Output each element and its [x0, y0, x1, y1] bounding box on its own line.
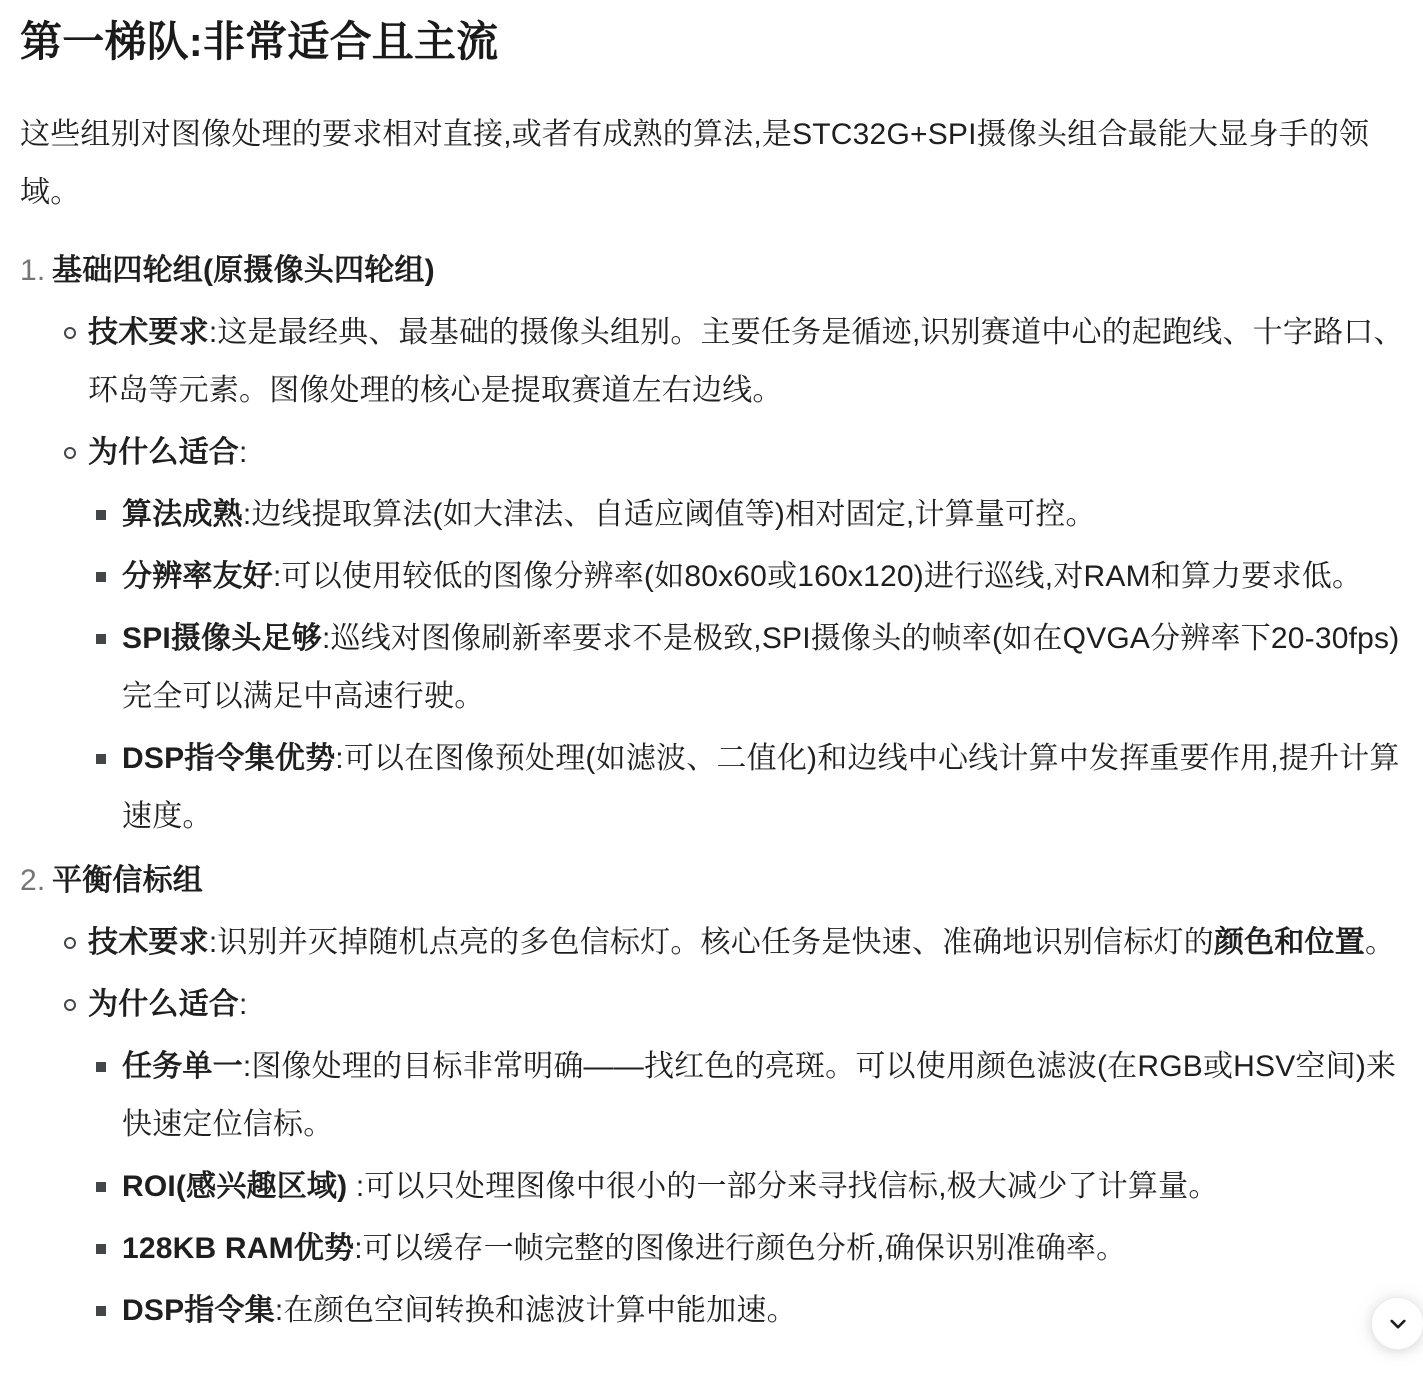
section-heading: 第一梯队:非常适合且主流	[20, 14, 1405, 70]
point-item: 128KB RAM优势:可以缓存一帧完整的图像进行颜色分析,确保识别准确率。	[88, 1220, 1405, 1278]
list-item-body: 平衡信标组 技术要求:识别并灭掉随机点亮的多色信标灯。核心任务是快速、准确地识别…	[52, 852, 1405, 1340]
term-label: 技术要求	[88, 926, 209, 959]
term-label: DSP指令集	[122, 1294, 275, 1327]
square-bullet-icon	[96, 1062, 106, 1072]
square-bullet-icon	[96, 754, 106, 764]
point-item: 任务单一:图像处理的目标非常明确——找红色的亮斑。可以使用颜色滤波(在RGB或H…	[88, 1038, 1405, 1154]
point-item: 分辨率友好:可以使用较低的图像分辨率(如80x60或160x120)进行巡线,对…	[88, 548, 1405, 606]
term-text: 。	[1365, 926, 1395, 959]
term-label: DSP指令集优势	[122, 742, 335, 775]
sub-item: 技术要求:这是最经典、最基础的摄像头组别。主要任务是循迹,识别赛道中心的起跑线、…	[52, 304, 1405, 420]
term-text: :图像处理的目标非常明确——找红色的亮斑。可以使用颜色滤波(在RGB或HSV空间…	[122, 1050, 1396, 1141]
term-text: :在颜色空间转换和滤波计算中能加速。	[275, 1294, 797, 1327]
square-bullet-icon	[96, 1182, 106, 1192]
term-label: 为什么适合	[88, 436, 239, 469]
list-item-title: 平衡信标组	[52, 852, 1405, 910]
term-text: :可以只处理图像中很小的一部分来寻找信标,极大减少了计算量。	[347, 1170, 1218, 1203]
point-list: 任务单一:图像处理的目标非常明确——找红色的亮斑。可以使用颜色滤波(在RGB或H…	[88, 1038, 1405, 1340]
circle-bullet-icon	[64, 327, 76, 339]
term-label: ROI(感兴趣区域)	[122, 1170, 347, 1203]
square-bullet-icon	[96, 634, 106, 644]
point-item: 算法成熟:边线提取算法(如大津法、自适应阈值等)相对固定,计算量可控。	[88, 486, 1405, 544]
list-item: 1. 基础四轮组(原摄像头四轮组) 技术要求:这是最经典、最基础的摄像头组别。主…	[20, 242, 1405, 846]
list-number: 2.	[20, 852, 52, 910]
sub-item: 为什么适合: 任务单一:图像处理的目标非常明确——找红色的亮斑。可以使用颜色滤波…	[52, 976, 1405, 1340]
square-bullet-icon	[96, 1306, 106, 1316]
sub-item: 为什么适合: 算法成熟:边线提取算法(如大津法、自适应阈值等)相对固定,计算量可…	[52, 424, 1405, 846]
term-label: 128KB RAM优势	[122, 1232, 354, 1265]
circle-bullet-icon	[64, 447, 76, 459]
point-list: 算法成熟:边线提取算法(如大津法、自适应阈值等)相对固定,计算量可控。 分辨率友…	[88, 486, 1405, 846]
tier-list: 1. 基础四轮组(原摄像头四轮组) 技术要求:这是最经典、最基础的摄像头组别。主…	[20, 242, 1405, 1340]
point-item: ROI(感兴趣区域) :可以只处理图像中很小的一部分来寻找信标,极大减少了计算量…	[88, 1158, 1405, 1216]
point-item: DSP指令集优势:可以在图像预处理(如滤波、二值化)和边线中心线计算中发挥重要作…	[88, 730, 1405, 846]
term-label: 技术要求	[88, 316, 209, 349]
term-bold-text: 颜色和位置	[1214, 926, 1365, 959]
term-text: :这是最经典、最基础的摄像头组别。主要任务是循迹,识别赛道中心的起跑线、十字路口…	[88, 316, 1404, 407]
square-bullet-icon	[96, 1244, 106, 1254]
document-body: 第一梯队:非常适合且主流 这些组别对图像处理的要求相对直接,或者有成熟的算法,是…	[0, 0, 1423, 1340]
chevron-down-icon	[1385, 1311, 1411, 1337]
sub-item: 技术要求:识别并灭掉随机点亮的多色信标灯。核心任务是快速、准确地识别信标灯的颜色…	[52, 914, 1405, 972]
term-text: :识别并灭掉随机点亮的多色信标灯。核心任务是快速、准确地识别信标灯的	[209, 926, 1214, 959]
list-item: 2. 平衡信标组 技术要求:识别并灭掉随机点亮的多色信标灯。核心任务是快速、准确…	[20, 852, 1405, 1340]
term-label: 算法成熟	[122, 498, 243, 531]
sub-list: 技术要求:这是最经典、最基础的摄像头组别。主要任务是循迹,识别赛道中心的起跑线、…	[52, 304, 1405, 846]
term-text: :	[239, 988, 248, 1021]
intro-paragraph: 这些组别对图像处理的要求相对直接,或者有成熟的算法,是STC32G+SPI摄像头…	[20, 106, 1405, 222]
point-item: SPI摄像头足够:巡线对图像刷新率要求不是极致,SPI摄像头的帧率(如在QVGA…	[88, 610, 1405, 726]
term-text: :边线提取算法(如大津法、自适应阈值等)相对固定,计算量可控。	[243, 498, 1096, 531]
term-text: :	[239, 436, 248, 469]
term-text: :可以使用较低的图像分辨率(如80x60或160x120)进行巡线,对RAM和算…	[273, 560, 1362, 593]
term-label: 任务单一	[122, 1050, 243, 1083]
circle-bullet-icon	[64, 937, 76, 949]
scroll-to-bottom-button[interactable]	[1371, 1297, 1423, 1350]
list-item-body: 基础四轮组(原摄像头四轮组) 技术要求:这是最经典、最基础的摄像头组别。主要任务…	[52, 242, 1405, 846]
square-bullet-icon	[96, 510, 106, 520]
term-label: SPI摄像头足够	[122, 622, 322, 655]
term-label: 分辨率友好	[122, 560, 273, 593]
term-label: 为什么适合	[88, 988, 239, 1021]
circle-bullet-icon	[64, 999, 76, 1011]
point-item: DSP指令集:在颜色空间转换和滤波计算中能加速。	[88, 1282, 1405, 1340]
sub-list: 技术要求:识别并灭掉随机点亮的多色信标灯。核心任务是快速、准确地识别信标灯的颜色…	[52, 914, 1405, 1340]
list-item-title: 基础四轮组(原摄像头四轮组)	[52, 242, 1405, 300]
list-number: 1.	[20, 242, 52, 300]
square-bullet-icon	[96, 572, 106, 582]
term-text: :可以缓存一帧完整的图像进行颜色分析,确保识别准确率。	[354, 1232, 1126, 1265]
